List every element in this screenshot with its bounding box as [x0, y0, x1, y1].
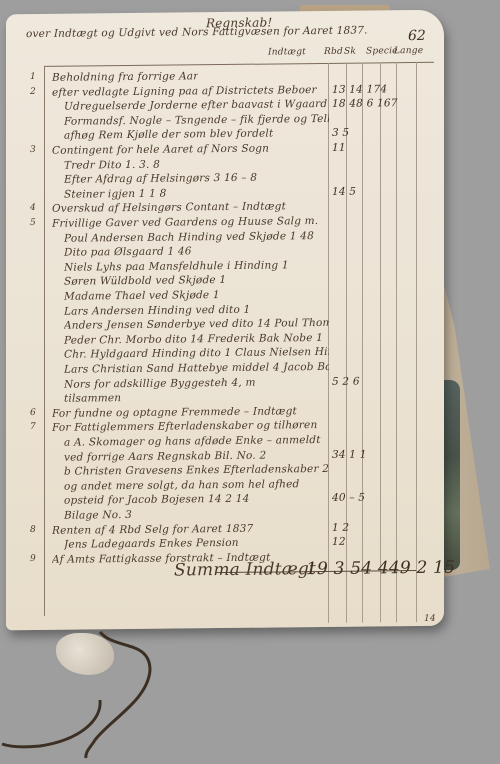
entry-text: Steiner igjen 1 1 8	[64, 187, 166, 200]
column-line	[380, 62, 381, 622]
header-rule	[44, 62, 434, 67]
column-header-specie: Specie	[366, 46, 398, 56]
entry-amount: 34 1 1	[332, 448, 367, 460]
entry-amount: 1 2	[332, 521, 349, 533]
header-line: over Indtægt og Udgivt ved Nors Fattigvæ…	[26, 25, 368, 41]
entry-text: Udreguelserde Jorderne efter baavast i W…	[64, 98, 327, 113]
entry-text: b Christen Gravesens Enkes Efterladenska…	[64, 463, 329, 478]
ledger-photo: 62 over Indtægt og Udgivt ved Nors Fatti…	[0, 0, 500, 764]
entry-text: Dito paa Ølsgaard 1 46	[64, 246, 192, 259]
entry-text: Bilage No. 3	[64, 509, 132, 522]
entry-number: 3	[30, 145, 36, 155]
entry-text: efter vedlagte Ligning paa af Districtet…	[52, 84, 317, 99]
binding-cord	[0, 630, 170, 760]
entry-text: Beholdning fra forrige Aar	[52, 70, 198, 84]
entry-text: Efter Afdrag af Helsingørs 3 16 – 8	[64, 172, 257, 186]
entry-text: Lars Andersen Hinding ved dito 1	[64, 303, 250, 317]
entry-text: Madame Thael ved Skjøde 1	[64, 289, 220, 303]
entry-text: Frivillige Gaver ved Gaardens og Huuse S…	[52, 215, 317, 230]
column-line	[362, 63, 363, 623]
entry-text: Tredr Dito 1. 3. 8	[64, 158, 160, 171]
entry-amount: 3 5	[332, 127, 349, 139]
entry-text: Overskud af Helsingørs Contant – Indtægt	[52, 201, 286, 215]
entry-text: Nors for adskillige Byggesteh 4, m	[64, 376, 256, 390]
column-header-lange: Lange	[394, 46, 423, 56]
column-line	[416, 62, 417, 622]
entry-number: 5	[30, 218, 36, 228]
column-header-rbd: Rbd	[324, 47, 343, 57]
entry-number: 4	[30, 203, 36, 213]
entry-text: Anders Jensen Sønderbye ved dito 14 Poul…	[64, 317, 329, 332]
footer-small-number: 14	[424, 614, 436, 624]
column-line	[328, 63, 329, 623]
header-title: Regnskab!	[206, 16, 272, 31]
entry-text: tilsammen	[64, 392, 121, 405]
column-line	[396, 62, 397, 622]
entry-text: Lars Christian Sand Hattebye middel 4 Ja…	[64, 361, 329, 376]
entry-number: 9	[30, 554, 36, 564]
entry-text: afhøg Rem Kjølle der som blev fordelt	[64, 128, 273, 142]
entry-text: For fundne og optagne Fremmede – Indtægt	[52, 405, 297, 420]
entry-text: For Fattiglemmers Efterladenskaber og ti…	[52, 419, 317, 434]
entry-text: Renten af 4 Rbd Selg for Aaret 1837	[52, 522, 253, 536]
column-line	[346, 63, 347, 623]
entry-number: 8	[30, 525, 36, 535]
column-header-income: Indtægt	[268, 47, 306, 57]
ledger-page: 62 over Indtægt og Udgivt ved Nors Fatti…	[6, 10, 444, 631]
entry-text: ved forrige Aars Regnskab Bil. No. 2	[64, 449, 266, 463]
entry-text: Niels Lyhs paa Mansfeldhule i Hinding 1	[64, 259, 289, 273]
left-margin-line	[44, 66, 45, 616]
entry-amount: 18 48 6 167	[332, 97, 398, 110]
entry-text: opsteid for Jacob Bojesen 14 2 14	[64, 493, 249, 507]
entry-number: 1	[30, 72, 36, 82]
summa-label: Summa Indtægt	[174, 559, 316, 580]
entry-amount: 13 14 174	[332, 83, 387, 96]
entry-amount: 11	[332, 142, 346, 154]
entry-text: Peder Chr. Morbo dito 14 Frederik Bak No…	[64, 332, 323, 347]
page-number: 62	[408, 28, 426, 44]
entry-text: Poul Andersen Bach Hinding ved Skjøde 1 …	[64, 230, 314, 245]
entry-amount: 5 2 6	[332, 375, 360, 387]
entry-text: Chr. Hyldgaard Hinding dito 1 Claus Niel…	[64, 346, 329, 361]
entry-text: og andet mere solgt, da han som hel afhe…	[64, 478, 299, 492]
column-header-sk: Sk	[344, 47, 356, 57]
entry-number: 2	[30, 87, 36, 97]
entry-text: Jens Ladegaards Enkes Pension	[64, 537, 239, 551]
entry-amount: 14 5	[332, 185, 356, 197]
summa-value: 19 3 54 449 2 15	[306, 558, 455, 580]
entry-text: Contingent for hele Aaret af Nors Sogn	[52, 143, 269, 157]
entry-text: Søren Wüldbold ved Skjøde 1	[64, 274, 226, 288]
entry-number: 6	[30, 408, 36, 418]
entry-amount: 40 – 5	[332, 492, 365, 504]
entry-text: Formandsf. Nogle – Tsngende – fik fjerde…	[64, 113, 329, 128]
entry-amount: 12	[332, 536, 346, 548]
entry-text: a A. Skomager og hans afdøde Enke – anme…	[64, 434, 321, 449]
entry-number: 7	[30, 422, 36, 432]
